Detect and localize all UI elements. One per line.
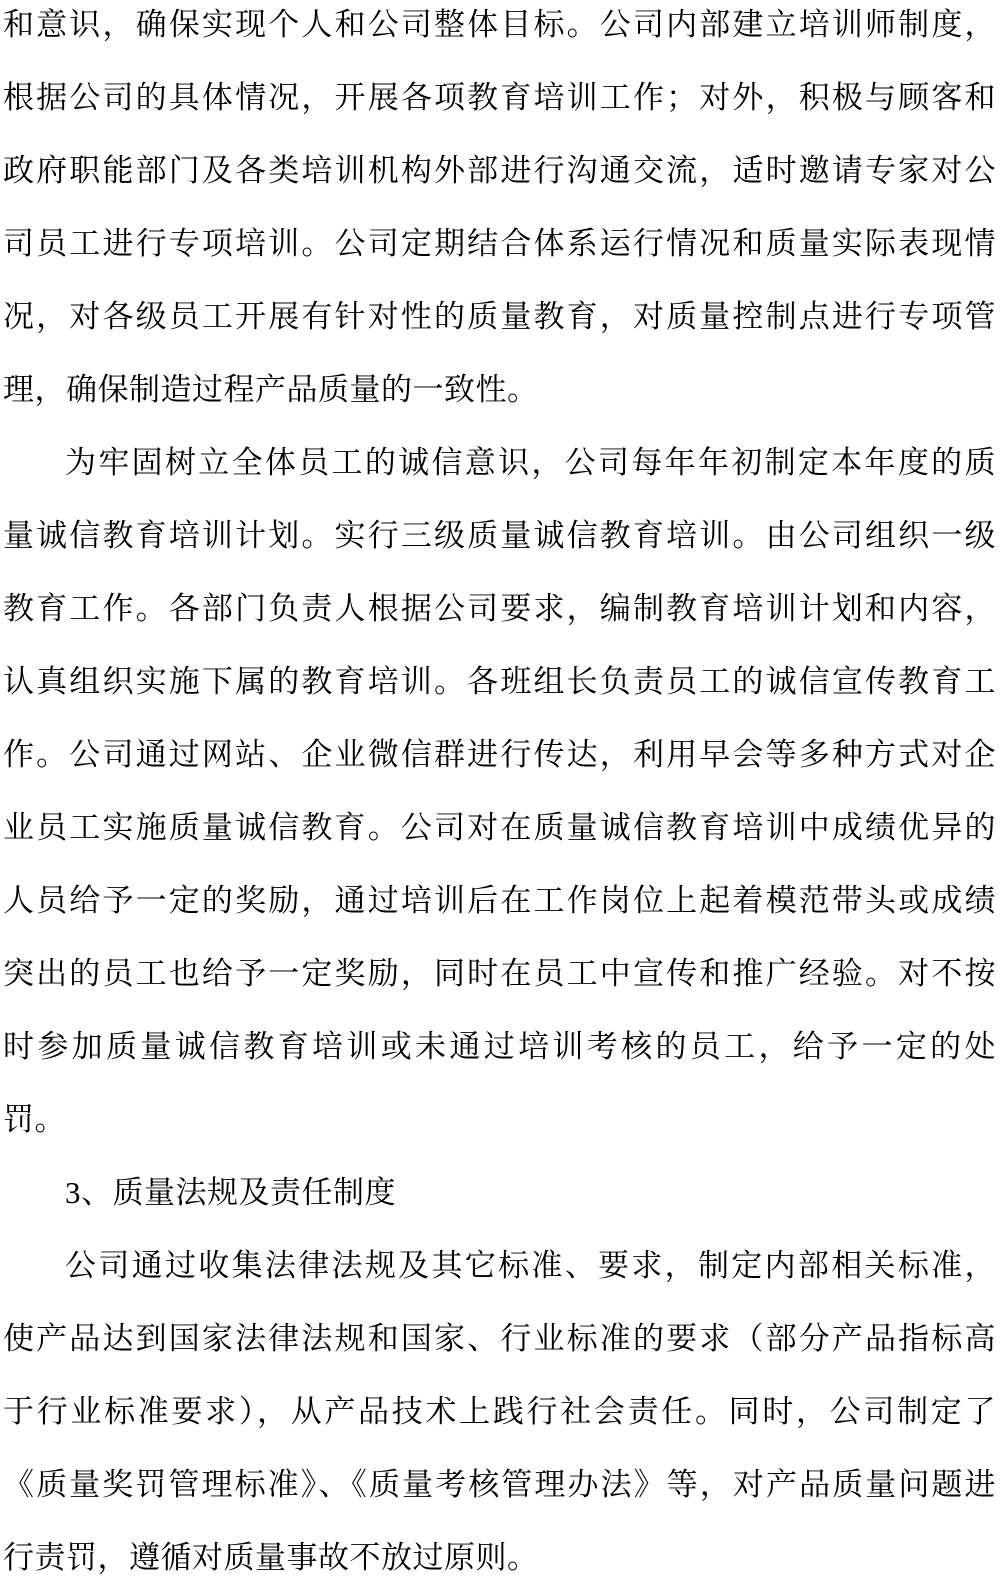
- text-line paragraph-start: 为牢固树立全体员工的诚信意识，公司每年年初制定本年度的质: [3, 426, 996, 499]
- text-line: 司员工进行专项培训。公司定期结合体系运行情况和质量实际表现情: [3, 207, 996, 280]
- text-line: 使产品达到国家法律法规和国家、行业标准的要求（部分产品指标高: [3, 1302, 996, 1375]
- text-line: 作。公司通过网站、企业微信群进行传达，利用早会等多种方式对企: [3, 718, 996, 791]
- text-line paragraph-start: 公司通过收集法律法规及其它标准、要求，制定内部相关标准，: [3, 1229, 996, 1302]
- text-line paragraph-end: 理，确保制造过程产品质量的一致性。: [3, 353, 996, 426]
- text-line paragraph-end: 行责罚，遵循对质量事故不放过原则。: [3, 1521, 996, 1587]
- text-line: 量诚信教育培训计划。实行三级质量诚信教育培训。由公司组织一级: [3, 499, 996, 572]
- text-line: 业员工实施质量诚信教育。公司对在质量诚信教育培训中成绩优异的: [3, 791, 996, 864]
- text-line: 教育工作。各部门负责人根据公司要求，编制教育培训计划和内容，: [3, 572, 996, 645]
- text-line: 认真组织实施下属的教育培训。各班组长负责员工的诚信宣传教育工: [3, 645, 996, 718]
- document-page: 和意识，确保实现个人和公司整体目标。公司内部建立培训师制度， 根据公司的具体情况…: [0, 0, 1000, 1587]
- section-heading: 3、质量法规及责任制度: [3, 1156, 996, 1229]
- text-line: 突出的员工也给予一定奖励，同时在员工中宣传和推广经验。对不按: [3, 937, 996, 1010]
- text-line: 况，对各级员工开展有针对性的质量教育，对质量控制点进行专项管: [3, 280, 996, 353]
- document-body: 和意识，确保实现个人和公司整体目标。公司内部建立培训师制度， 根据公司的具体情况…: [3, 0, 996, 1587]
- text-line: 于行业标准要求），从产品技术上践行社会责任。同时，公司制定了: [3, 1375, 996, 1448]
- text-line: 政府职能部门及各类培训机构外部进行沟通交流，适时邀请专家对公: [3, 134, 996, 207]
- text-line: 和意识，确保实现个人和公司整体目标。公司内部建立培训师制度，: [3, 0, 996, 61]
- text-line paragraph-end: 罚。: [3, 1083, 996, 1156]
- text-line: 时参加质量诚信教育培训或未通过培训考核的员工，给予一定的处: [3, 1010, 996, 1083]
- text-line: 《质量奖罚管理标准》、《质量考核管理办法》等，对产品质量问题进: [3, 1448, 996, 1521]
- text-line: 人员给予一定的奖励，通过培训后在工作岗位上起着模范带头或成绩: [3, 864, 996, 937]
- text-line: 根据公司的具体情况，开展各项教育培训工作；对外，积极与顾客和: [3, 61, 996, 134]
